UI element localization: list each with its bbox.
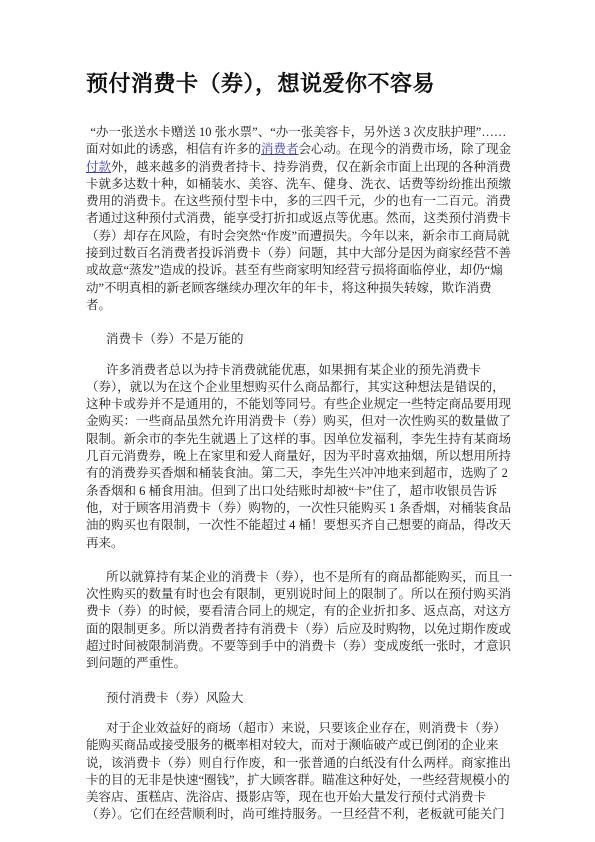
inline-link[interactable]: 消费者 (261, 142, 299, 156)
body-paragraph: 对于企业效益好的商场（超市）来说，只要该企业存在，则消费卡（券）能购买商品或接受… (86, 720, 514, 824)
article-body: “办一张送水卡赠送 10 张水票”、“办一张美容卡，另外送 3 次皮肤护理”……… (86, 124, 514, 824)
body-paragraph: 所以就算持有某企业的消费卡（券），也不是所有的商品都能购买，而且一次性购买的数量… (86, 569, 514, 673)
body-paragraph: “办一张送水卡赠送 10 张水票”、“办一张美容卡，另外送 3 次皮肤护理”……… (86, 124, 514, 314)
section-subheading: 消费卡（券）不是万能的 (86, 331, 514, 348)
document-page: 预付消费卡（券），想说爱你不容易 “办一张送水卡赠送 10 张水票”、“办一张美… (86, 70, 514, 841)
body-paragraph: 许多消费者总以为持卡消费就能优惠，如果拥有某企业的预先消费卡（券），就以为在这个… (86, 362, 514, 552)
page-title: 预付消费卡（券），想说爱你不容易 (86, 70, 514, 98)
inline-link[interactable]: 付款 (86, 160, 111, 174)
section-subheading: 预付消费卡（券）风险大 (86, 690, 514, 707)
